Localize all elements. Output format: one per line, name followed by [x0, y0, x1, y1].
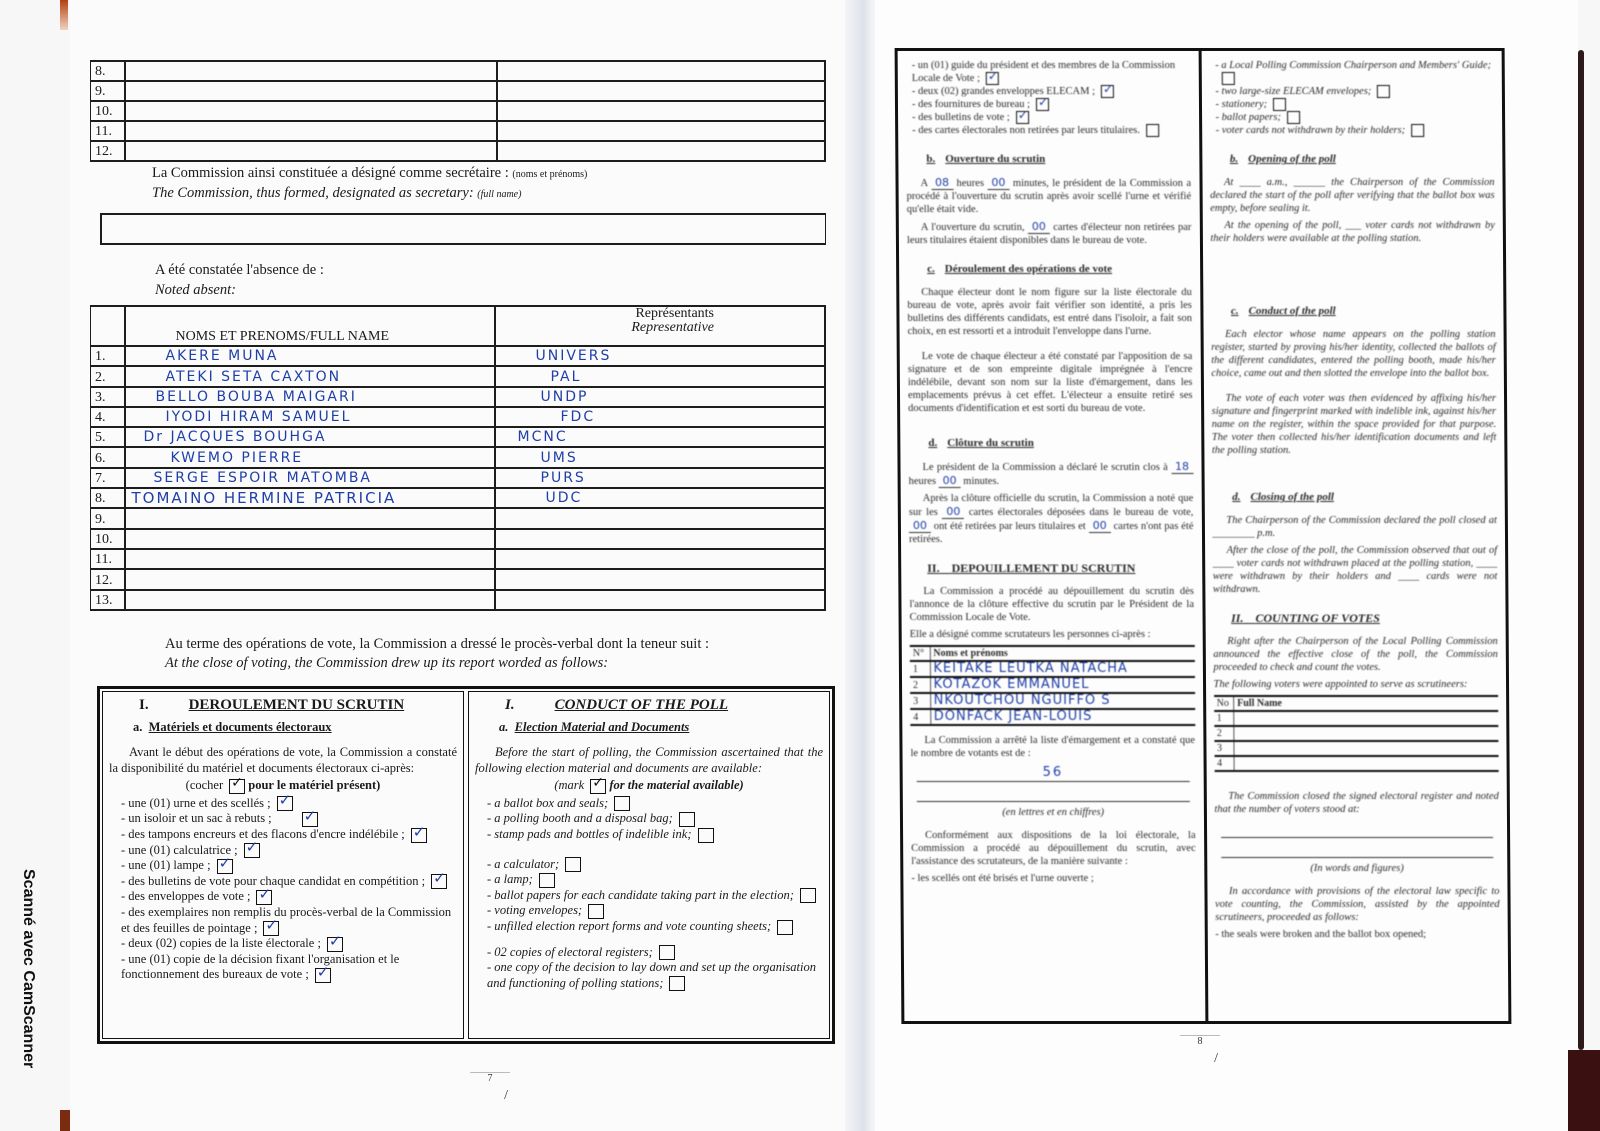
opening-minutes: 00 [987, 176, 1009, 190]
checkbox[interactable] [1101, 85, 1114, 98]
page-edge-decoration [1578, 50, 1584, 1050]
material-item: - a ballot box and seals; [487, 796, 823, 812]
book-gutter [845, 0, 875, 1131]
page-edge-decoration [60, 0, 68, 30]
section-title-en: I.CONDUCT OF THE POLL [505, 698, 823, 714]
checkbox[interactable] [263, 921, 279, 936]
cards-available: 00 [1028, 220, 1050, 234]
table-row: 10. [91, 101, 826, 121]
materials-list-fr-cont: - un (01) guide du président et des memb… [912, 59, 1191, 137]
table-row: 11. [91, 549, 826, 569]
intro-en: Before the start of polling, the Commiss… [475, 745, 823, 776]
subsection-title-en: a. Election Material and Documents [499, 720, 823, 736]
table-row: 9. [91, 81, 826, 101]
table-row: 1KEITAKE LEUTKA NATACHA [910, 661, 1195, 677]
checkbox-sample-icon [229, 779, 245, 794]
table-row: 4.IYODI HIRAM SAMUELFDC [91, 407, 826, 427]
material-item: - un (01) guide du président et des memb… [912, 59, 1191, 85]
header-representative: Représentants Representative [495, 306, 826, 346]
material-item: - une (01) copie de la décision fixant l… [121, 952, 457, 983]
checkbox[interactable] [217, 859, 233, 874]
table-row: 10. [91, 529, 826, 549]
material-item: - ballot papers; [1216, 111, 1495, 124]
page-edge-decoration [1568, 1050, 1600, 1131]
report-intro-en: At the close of voting, the Commission d… [165, 655, 608, 672]
checkbox[interactable] [411, 828, 427, 843]
checkbox[interactable] [698, 828, 714, 843]
absent-name: KWEMO PIERRE [125, 447, 495, 467]
counting-title-en: II. COUNTING OF VOTES [1231, 612, 1498, 625]
checkbox[interactable] [256, 890, 272, 905]
checkbox[interactable] [315, 968, 331, 983]
material-item: - des bulletins de vote ; [912, 111, 1191, 124]
checkbox-sample-icon [590, 779, 606, 794]
material-item: - a Local Polling Commission Chairperson… [1215, 59, 1494, 85]
scrutineers-table-fr: N°Noms et prénoms 1KEITAKE LEUTKA NATACH… [910, 645, 1195, 726]
table-row: 2 [1214, 726, 1499, 741]
material-item: - unfilled election report forms and vot… [487, 919, 823, 935]
table-row: 4 [1214, 756, 1499, 771]
checkbox[interactable] [302, 812, 318, 827]
section-en: I.CONDUCT OF THE POLL a. Election Materi… [468, 691, 830, 1039]
absent-party: FDC [495, 407, 826, 427]
voters-count-field[interactable]: 56 [917, 764, 1190, 782]
instruction-en: (mark for the material available) [475, 778, 823, 794]
absence-label-fr: A été constatée l'absence de : [155, 262, 324, 279]
absent-table: NOMS ET PRENOMS/FULL NAME Représentants … [90, 305, 826, 611]
checkbox[interactable] [588, 904, 604, 919]
checkbox[interactable] [986, 72, 999, 85]
checkbox[interactable] [777, 920, 793, 935]
opening-title-en: b.Opening of the poll [1230, 153, 1495, 166]
absent-party: PAL [495, 366, 826, 386]
material-item: - des tampons encreurs et des flacons d'… [121, 827, 457, 843]
checkbox[interactable] [614, 796, 630, 811]
material-item: - un isoloir et un sac à rebuts ; [121, 811, 457, 827]
table-row: 12. [91, 569, 826, 589]
absent-party: MCNC [495, 427, 826, 447]
right-col-fr: - un (01) guide du président et des memb… [898, 51, 1208, 1021]
page-number: 8 [1180, 1035, 1220, 1065]
report-intro-fr: Au terme des opérations de vote, la Comm… [165, 636, 709, 653]
secretary-label-fr: La Commission ainsi constituée a désigné… [152, 165, 587, 182]
conduct-title-fr: c.Déroulement des opérations de vote [927, 263, 1192, 276]
material-item: - deux (02) copies de la liste électoral… [121, 936, 457, 952]
secretary-label-en: The Commission, thus formed, designated … [152, 185, 521, 202]
members-table-continued: 8. 9. 10. 11. 12. [90, 60, 826, 162]
table-row: 1 [1214, 711, 1499, 726]
materials-list-en: - a ballot box and seals; - a polling bo… [487, 796, 823, 992]
material-item: - une (01) calculatrice ; [121, 843, 457, 859]
material-item: - des enveloppes de vote ; [121, 889, 457, 905]
absent-name: AKERE MUNA [125, 346, 495, 366]
closing-title-en: d.Closing of the poll [1232, 491, 1497, 504]
material-item: - 02 copies of electoral registers; [487, 945, 823, 961]
closing-hour: 18 [1171, 460, 1193, 474]
section-title-fr: I.DEROULEMENT DU SCRUTIN [139, 698, 457, 714]
material-item: - voting envelopes; [487, 903, 823, 919]
absent-name: IYODI HIRAM SAMUEL [125, 407, 495, 427]
material-item: - stationery; [1215, 98, 1494, 111]
conduct-title-en: c.Conduct of the poll [1231, 305, 1496, 318]
table-row: 7.SERGE ESPOIR MATOMBAPURS [91, 468, 826, 488]
checkbox[interactable] [800, 888, 816, 903]
right-page-box: - un (01) guide du président et des memb… [895, 48, 1512, 1024]
material-item: - des cartes électorales non retirées pa… [912, 124, 1191, 137]
table-row: 2.ATEKI SETA CAXTONPAL [91, 366, 826, 386]
absent-name: TOMAINO HERMINE PATRICIA [125, 488, 495, 508]
opening-hour: 08 [931, 176, 953, 190]
conduct-of-poll-box: I.DEROULEMENT DU SCRUTIN a. Matériels et… [97, 686, 835, 1044]
material-item: - des exemplaires non remplis du procès-… [121, 905, 457, 936]
absent-party: UMS [495, 447, 826, 467]
checkbox[interactable] [669, 976, 685, 991]
checkbox[interactable] [244, 843, 260, 858]
table-row: 4DONFACK JEAN-LOUIS [910, 709, 1195, 725]
closing-title-fr: d.Clôture du scrutin [928, 437, 1193, 450]
table-row: 3.BELLO BOUBA MAIGARIUNDP [91, 387, 826, 407]
table-row: 8. [91, 61, 826, 81]
checkbox[interactable] [1016, 111, 1029, 124]
absent-name: BELLO BOUBA MAIGARI [125, 387, 495, 407]
table-row: 12. [91, 141, 826, 161]
secretary-field[interactable] [100, 213, 826, 245]
closing-minutes: 00 [939, 474, 961, 488]
checkbox[interactable] [1411, 124, 1424, 137]
absent-name: SERGE ESPOIR MATOMBA [125, 468, 495, 488]
material-item: - a calculator; [487, 857, 823, 873]
checkbox[interactable] [565, 857, 581, 872]
table-header: NOMS ET PRENOMS/FULL NAME Représentants … [91, 306, 826, 346]
absent-name: ATEKI SETA CAXTON [125, 366, 495, 386]
materials-list-en-cont: - a Local Polling Commission Chairperson… [1215, 59, 1494, 137]
checkbox[interactable] [659, 945, 675, 960]
checkbox[interactable] [431, 874, 447, 889]
scanner-watermark: Scanné avec CamScanner [18, 870, 38, 1090]
checkbox[interactable] [1377, 85, 1390, 98]
table-row: 9. [91, 508, 826, 528]
opening-title-fr: b.Ouverture du scrutin [926, 153, 1191, 166]
checkbox[interactable] [1146, 124, 1159, 137]
material-item: - two large-size ELECAM envelopes; [1215, 85, 1494, 98]
material-item: - deux (02) grandes enveloppes ELECAM ; [912, 85, 1191, 98]
material-item: - ballot papers for each candidate takin… [487, 888, 823, 904]
table-row: 6.KWEMO PIERREUMS [91, 447, 826, 467]
checkbox[interactable] [1273, 98, 1286, 111]
material-item: - voter cards not withdrawn by their hol… [1216, 124, 1495, 137]
material-item: - a lamp; [487, 872, 823, 888]
checkbox[interactable] [539, 873, 555, 888]
table-row: 13. [91, 590, 826, 610]
table-row: 5.Dr JACQUES BOUHGAMCNC [91, 427, 826, 447]
material-item: - a polling booth and a disposal bag; [487, 811, 823, 827]
table-row: 2KOTAZOK EMMANUEL [910, 677, 1195, 693]
material-item: - des bulletins de vote pour chaque cand… [121, 874, 457, 890]
counting-title-fr: II. DEPOUILLEMENT DU SCRUTIN [927, 562, 1194, 575]
header-name: NOMS ET PRENOMS/FULL NAME [125, 306, 495, 346]
absent-party: PURS [495, 468, 826, 488]
table-row: 1.AKERE MUNAUNIVERS [91, 346, 826, 366]
opening-text-fr: A 08 heures 00 minutes, le président de … [906, 176, 1191, 216]
table-row: 11. [91, 121, 826, 141]
material-item: - une (01) lampe ; [121, 858, 457, 874]
absent-party: UDC [495, 488, 826, 508]
materials-list-fr: - une (01) urne et des scellés ; - un is… [121, 796, 457, 983]
intro-fr: Avant le début des opérations de vote, l… [109, 745, 457, 776]
material-item: - des fournitures de bureau ; [912, 98, 1191, 111]
scrutineers-table-en: NoFull Name 1 2 3 4 [1214, 695, 1499, 772]
checkbox[interactable] [1287, 111, 1300, 124]
right-col-en: - a Local Polling Commission Chairperson… [1201, 51, 1508, 1021]
checkbox[interactable] [679, 812, 695, 827]
material-item: - one copy of the decision to lay down a… [487, 960, 823, 991]
page-number: 7 [470, 1072, 510, 1102]
absent-party: UNDP [495, 387, 826, 407]
checkbox[interactable] [1221, 72, 1234, 85]
material-item: - une (01) urne et des scellés ; [121, 796, 457, 812]
table-row: 8.TOMAINO HERMINE PATRICIAUDC [91, 488, 826, 508]
section-fr: I.DEROULEMENT DU SCRUTIN a. Matériels et… [102, 691, 464, 1039]
checkbox[interactable] [1036, 98, 1049, 111]
absence-label-en: Noted absent: [155, 282, 236, 299]
absent-name: Dr JACQUES BOUHGA [125, 427, 495, 447]
subsection-title-fr: a. Matériels et documents électoraux [133, 720, 457, 736]
table-row: 3NKOUTCHOU NGUIFFO S [910, 693, 1195, 709]
checkbox[interactable] [327, 937, 343, 952]
absent-party: UNIVERS [495, 346, 826, 366]
material-item: - stamp pads and bottles of indelible in… [487, 827, 823, 843]
checkbox[interactable] [277, 796, 293, 811]
table-row: 3 [1214, 741, 1499, 756]
